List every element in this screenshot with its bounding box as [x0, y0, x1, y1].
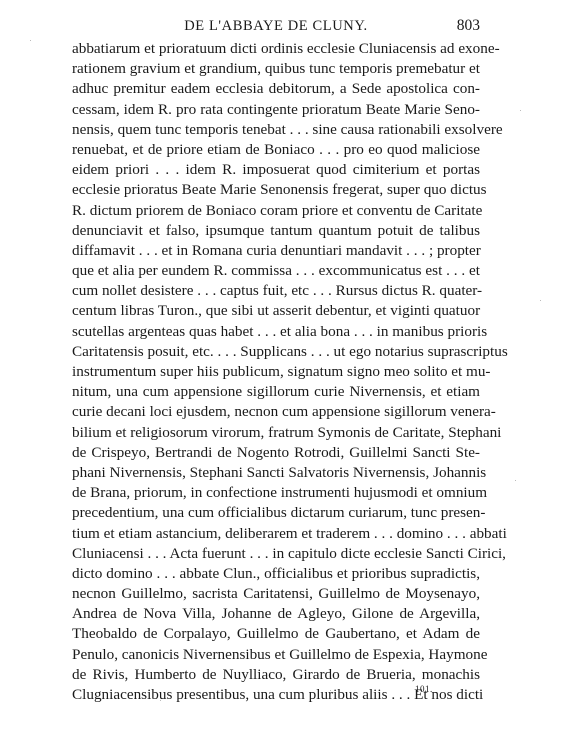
scan-speck	[540, 300, 541, 301]
text-line: denunciavit et falso, ipsumque tantum qu…	[72, 221, 480, 241]
scan-speck	[330, 690, 331, 691]
text-line: eidem priori . . . idem R. imposuerat qu…	[72, 160, 480, 180]
text-line: Caritatensis posuit, etc. . . . Supplica…	[72, 342, 480, 362]
text-line: cum nollet desistere . . . captus fuit, …	[72, 281, 480, 301]
book-page: DE L'ABBAYE DE CLUNY. 803 abbatiarum et …	[0, 0, 580, 745]
text-line: precedentium, una cum officialibus dicta…	[72, 503, 480, 523]
text-line: diffamavit . . . et in Romana curia denu…	[72, 241, 480, 261]
scan-speck	[30, 40, 31, 41]
text-line: instrumentum super hiis publicum, signat…	[72, 362, 480, 382]
text-line: de Crispeyo, Bertrandi de Nogento Rotrod…	[72, 443, 480, 463]
text-line: Andrea de Nova Villa, Johanne de Agleyo,…	[72, 604, 480, 624]
scan-speck	[160, 700, 161, 701]
text-line: ecclesie prioratus Beate Marie Senonensi…	[72, 180, 480, 200]
text-line: adhuc premitur eadem ecclesia debitorum,…	[72, 79, 480, 99]
scan-speck	[515, 480, 516, 481]
scan-speck	[520, 110, 521, 111]
text-line: rationem gravium et grandium, quibus tun…	[72, 59, 480, 79]
text-line: R. dictum priorem de Boniaco coram prior…	[72, 201, 480, 221]
text-line: abbatiarum et prioratuum dicti ordinis e…	[72, 39, 480, 59]
signature-mark: 101.	[415, 684, 433, 694]
running-head: DE L'ABBAYE DE CLUNY. 803	[72, 16, 480, 36]
text-line: Penulo, canonicis Nivernensibus et Guill…	[72, 645, 480, 665]
text-line: Cluniacensi . . . Acta fuerunt . . . in …	[72, 544, 480, 564]
text-line: curie decani loci ejusdem, necnon cum ap…	[72, 402, 480, 422]
text-line: phani Nivernensis, Stephani Sancti Salva…	[72, 463, 480, 483]
text-line: scutellas argenteas quas habet . . . et …	[72, 322, 480, 342]
text-line: nensis, quem tunc temporis tenebat . . .…	[72, 120, 480, 140]
text-line: de Rivis, Humberto de Nuylliaco, Girardo…	[72, 665, 480, 685]
text-line: renuebat, et de priore etiam de Boniaco …	[72, 140, 480, 160]
text-line: necnon Guillelmo, sacrista Caritatensi, …	[72, 584, 480, 604]
text-line: nitum, una cum appensione sigillorum cur…	[72, 382, 480, 402]
text-line: que et alia per eundem R. commissa . . .…	[72, 261, 480, 281]
page-number: 803	[457, 17, 480, 35]
text-line: dicto domino . . . abbate Clun., officia…	[72, 564, 480, 584]
running-title: DE L'ABBAYE DE CLUNY.	[72, 18, 480, 35]
text-line: Theobaldo de Corpalayo, Guillelmo de Gau…	[72, 624, 480, 644]
text-line: tium et etiam astancium, deliberarem et …	[72, 524, 480, 544]
text-line: cessam, idem R. pro rata contingente pri…	[72, 100, 480, 120]
text-line: centum libras Turon., que sibi ut asseri…	[72, 301, 480, 321]
text-line: bilium et religiosorum virorum, fratrum …	[72, 423, 480, 443]
text-line: de Brana, priorum, in confectione instru…	[72, 483, 480, 503]
body-text: abbatiarum et prioratuum dicti ordinis e…	[72, 39, 480, 705]
